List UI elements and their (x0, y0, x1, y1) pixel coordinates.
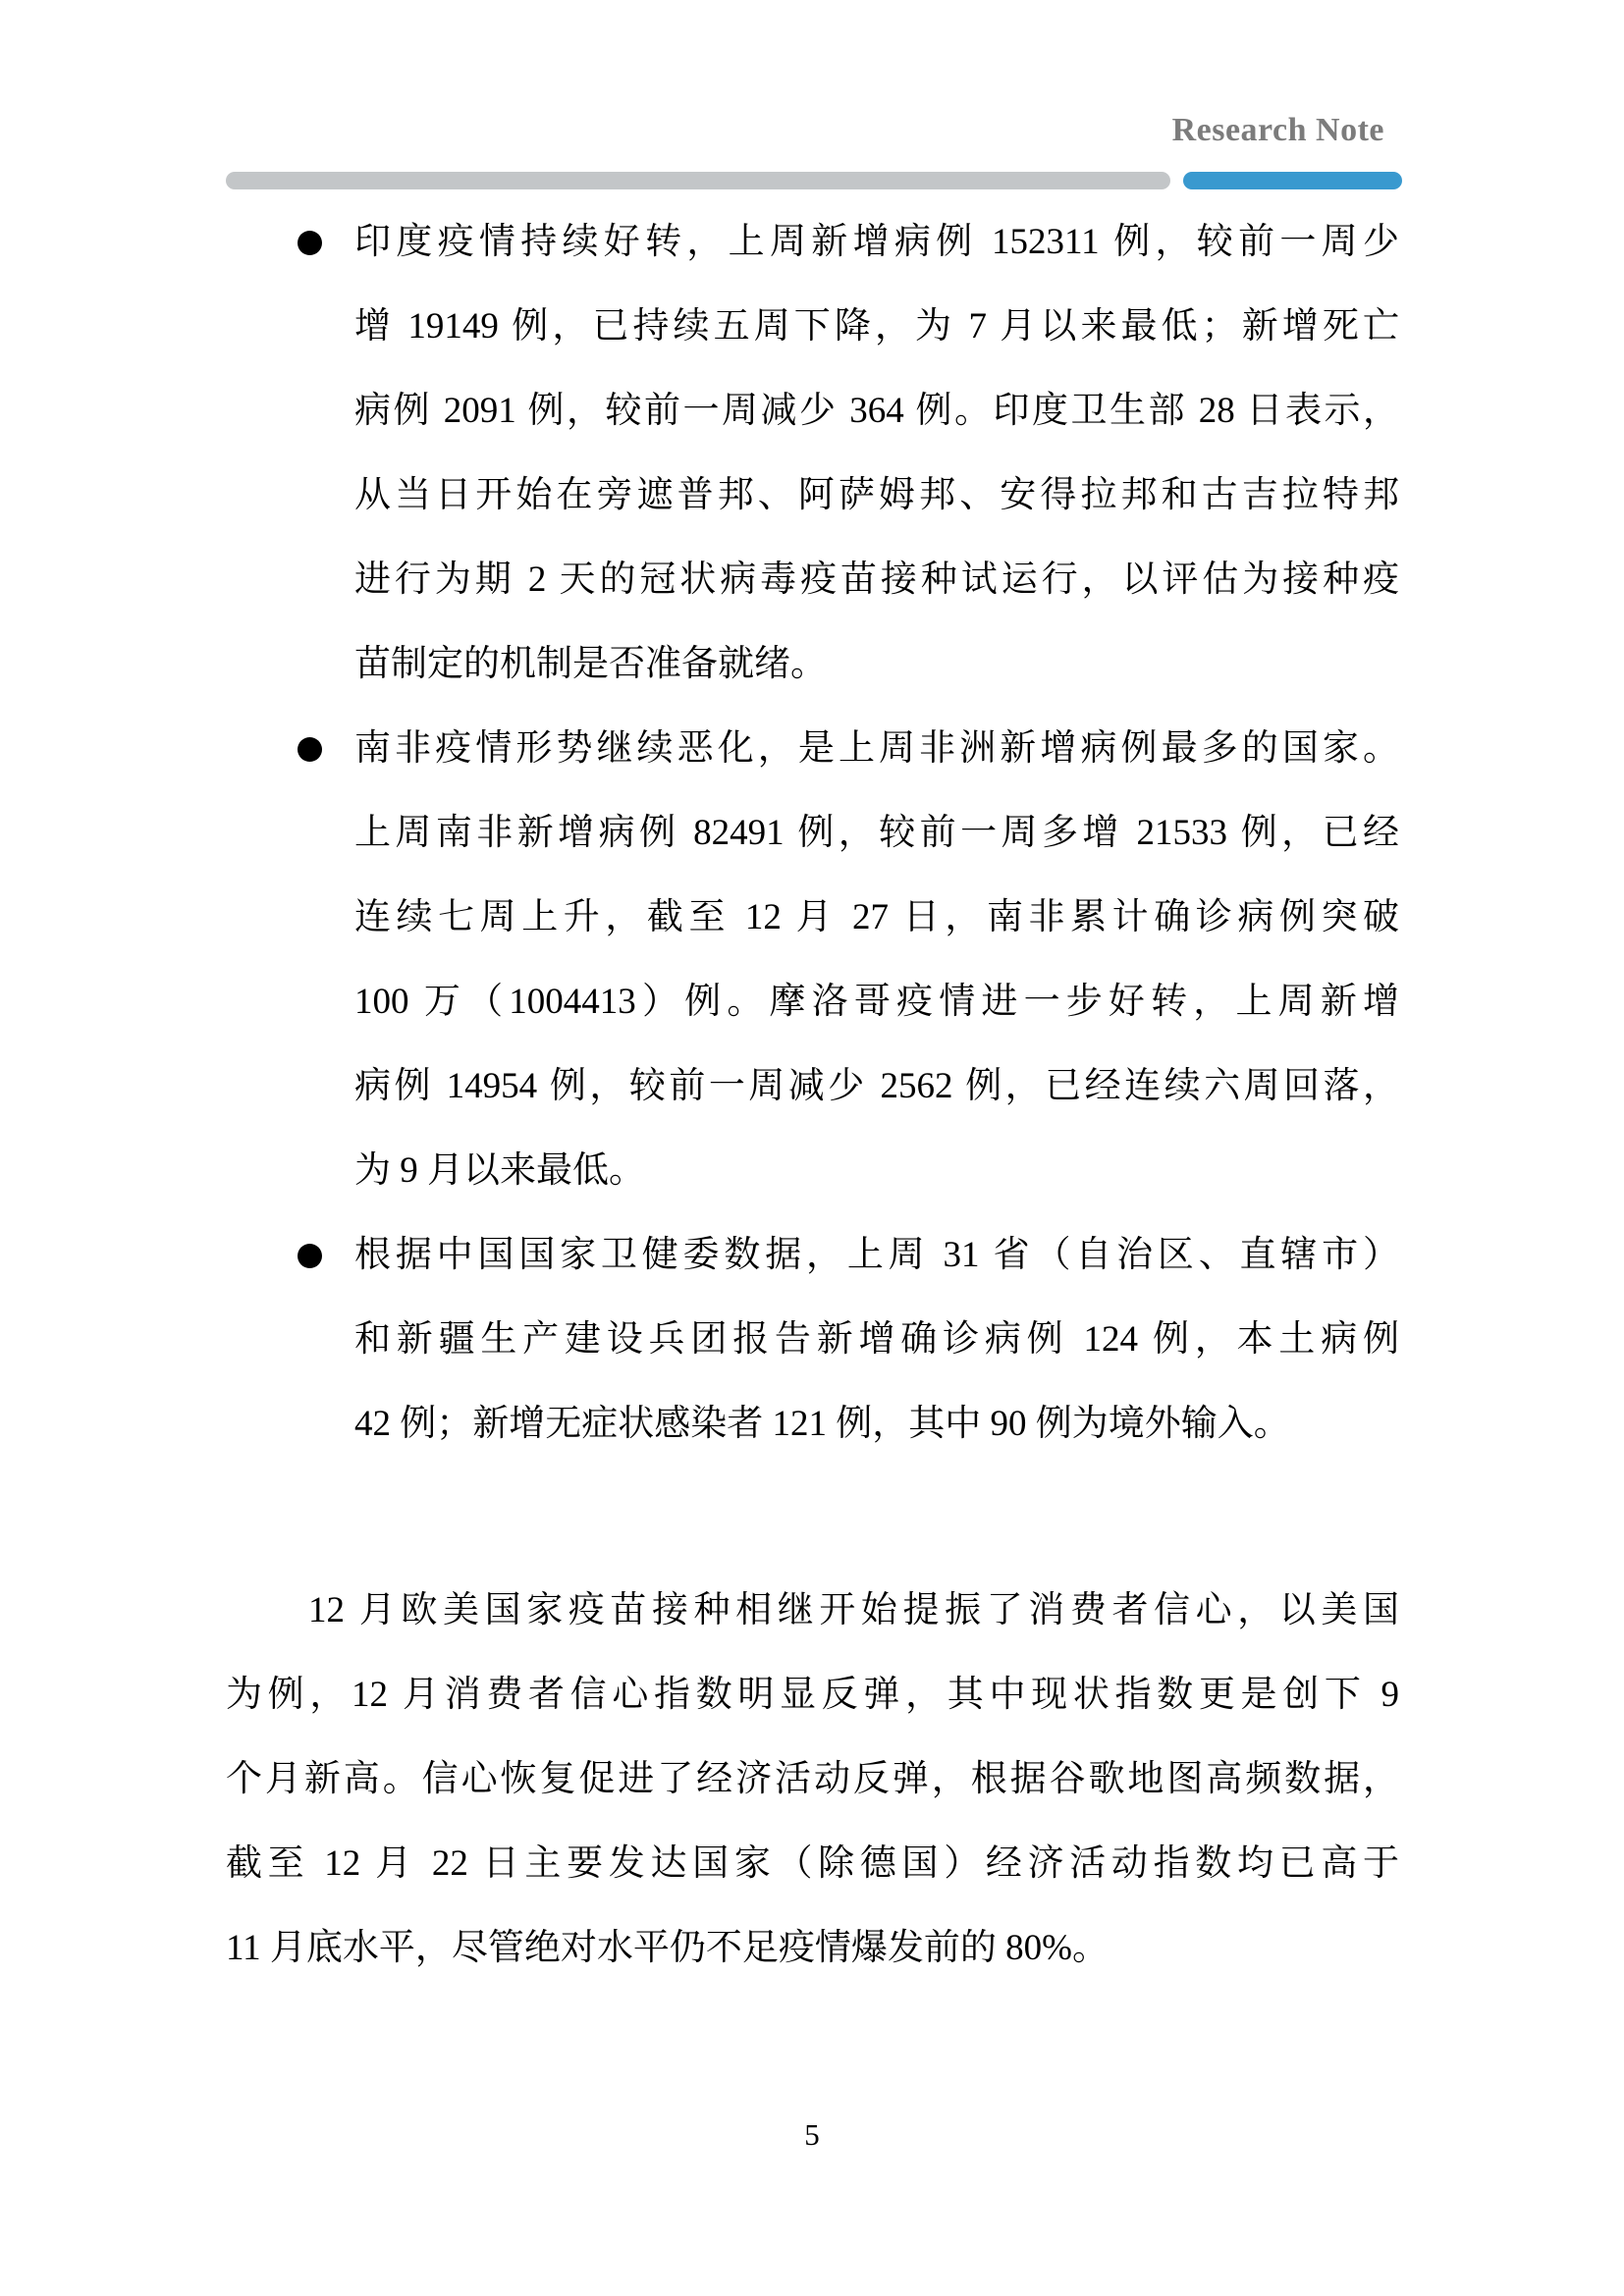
page-title: Research Note (1172, 110, 1384, 151)
text-line: 病例 14954 例，较前一周减少 2562 例，已经连续六周回落， (354, 1044, 1399, 1129)
page-footer: 5 (0, 2112, 1624, 2158)
bullet-marker-icon (298, 231, 322, 255)
header-rule (226, 172, 1402, 189)
bullet-item: 南非疫情形势继续恶化，是上周非洲新增病例最多的国家。上周南非新增病例 82491… (354, 707, 1399, 1213)
text-line: 和新疆生产建设兵团报告新增确诊病例 124 例，本土病例 (354, 1298, 1399, 1382)
text-line: 个月新高。信心恢复促进了经济活动反弹，根据谷歌地图高频数据， (226, 1737, 1399, 1822)
text-line: 12 月欧美国家疫苗接种相继开始提振了消费者信心，以美国 (226, 1569, 1399, 1653)
text-line: 苗制定的机制是否准备就绪。 (354, 622, 1399, 707)
header-rule-blue-bar (1183, 172, 1402, 189)
text-line: 为 9 月以来最低。 (354, 1129, 1399, 1213)
text-line: 100 万（1004413）例。摩洛哥疫情进一步好转，上周新增 (354, 960, 1399, 1044)
bullet-text: 根据中国国家卫健委数据，上周 31 省（自治区、直辖市）和新疆生产建设兵团报告新… (354, 1213, 1399, 1467)
text-line: 截至 12 月 22 日主要发达国家（除德国）经济活动指数均已高于 (226, 1822, 1399, 1906)
text-line: 增 19149 例，已持续五周下降，为 7 月以来最低；新增死亡 (354, 285, 1399, 369)
text-line: 连续七周上升，截至 12 月 27 日，南非累计确诊病例突破 (354, 876, 1399, 960)
bullet-item: 根据中国国家卫健委数据，上周 31 省（自治区、直辖市）和新疆生产建设兵团报告新… (354, 1213, 1399, 1467)
header-rule-gray-bar (226, 172, 1170, 189)
text-line: 11 月底水平，尽管绝对水平仍不足疫情爆发前的 80%。 (226, 1906, 1399, 1991)
document-page: Research Note 印度疫情持续好转，上周新增病例 152311 例，较… (0, 0, 1624, 2296)
text-line: 南非疫情形势继续恶化，是上周非洲新增病例最多的国家。 (354, 707, 1399, 791)
text-line: 病例 2091 例，较前一周减少 364 例。印度卫生部 28 日表示， (354, 369, 1399, 454)
text-line: 42 例；新增无症状感染者 121 例，其中 90 例为境外输入。 (354, 1382, 1399, 1467)
bullet-text: 南非疫情形势继续恶化，是上周非洲新增病例最多的国家。上周南非新增病例 82491… (354, 707, 1399, 1213)
page-number: 5 (804, 2117, 820, 2152)
bullet-marker-icon (298, 1244, 322, 1268)
bullet-item: 印度疫情持续好转，上周新增病例 152311 例，较前一周少增 19149 例，… (354, 200, 1399, 707)
text-line: 从当日开始在旁遮普邦、阿萨姆邦、安得拉邦和古吉拉特邦 (354, 454, 1399, 538)
body-paragraph: 12 月欧美国家疫苗接种相继开始提振了消费者信心，以美国为例，12 月消费者信心… (226, 1569, 1399, 1991)
text-line: 印度疫情持续好转，上周新增病例 152311 例，较前一周少 (354, 200, 1399, 285)
text-line: 上周南非新增病例 82491 例，较前一周多增 21533 例，已经 (354, 791, 1399, 876)
text-line: 根据中国国家卫健委数据，上周 31 省（自治区、直辖市） (354, 1213, 1399, 1298)
text-line: 为例，12 月消费者信心指数明显反弹，其中现状指数更是创下 9 (226, 1653, 1399, 1737)
bullet-marker-icon (298, 737, 322, 762)
bullet-text: 印度疫情持续好转，上周新增病例 152311 例，较前一周少增 19149 例，… (354, 200, 1399, 707)
bullet-list: 印度疫情持续好转，上周新增病例 152311 例，较前一周少增 19149 例，… (354, 200, 1399, 1467)
text-line: 进行为期 2 天的冠状病毒疫苗接种试运行，以评估为接种疫 (354, 538, 1399, 622)
